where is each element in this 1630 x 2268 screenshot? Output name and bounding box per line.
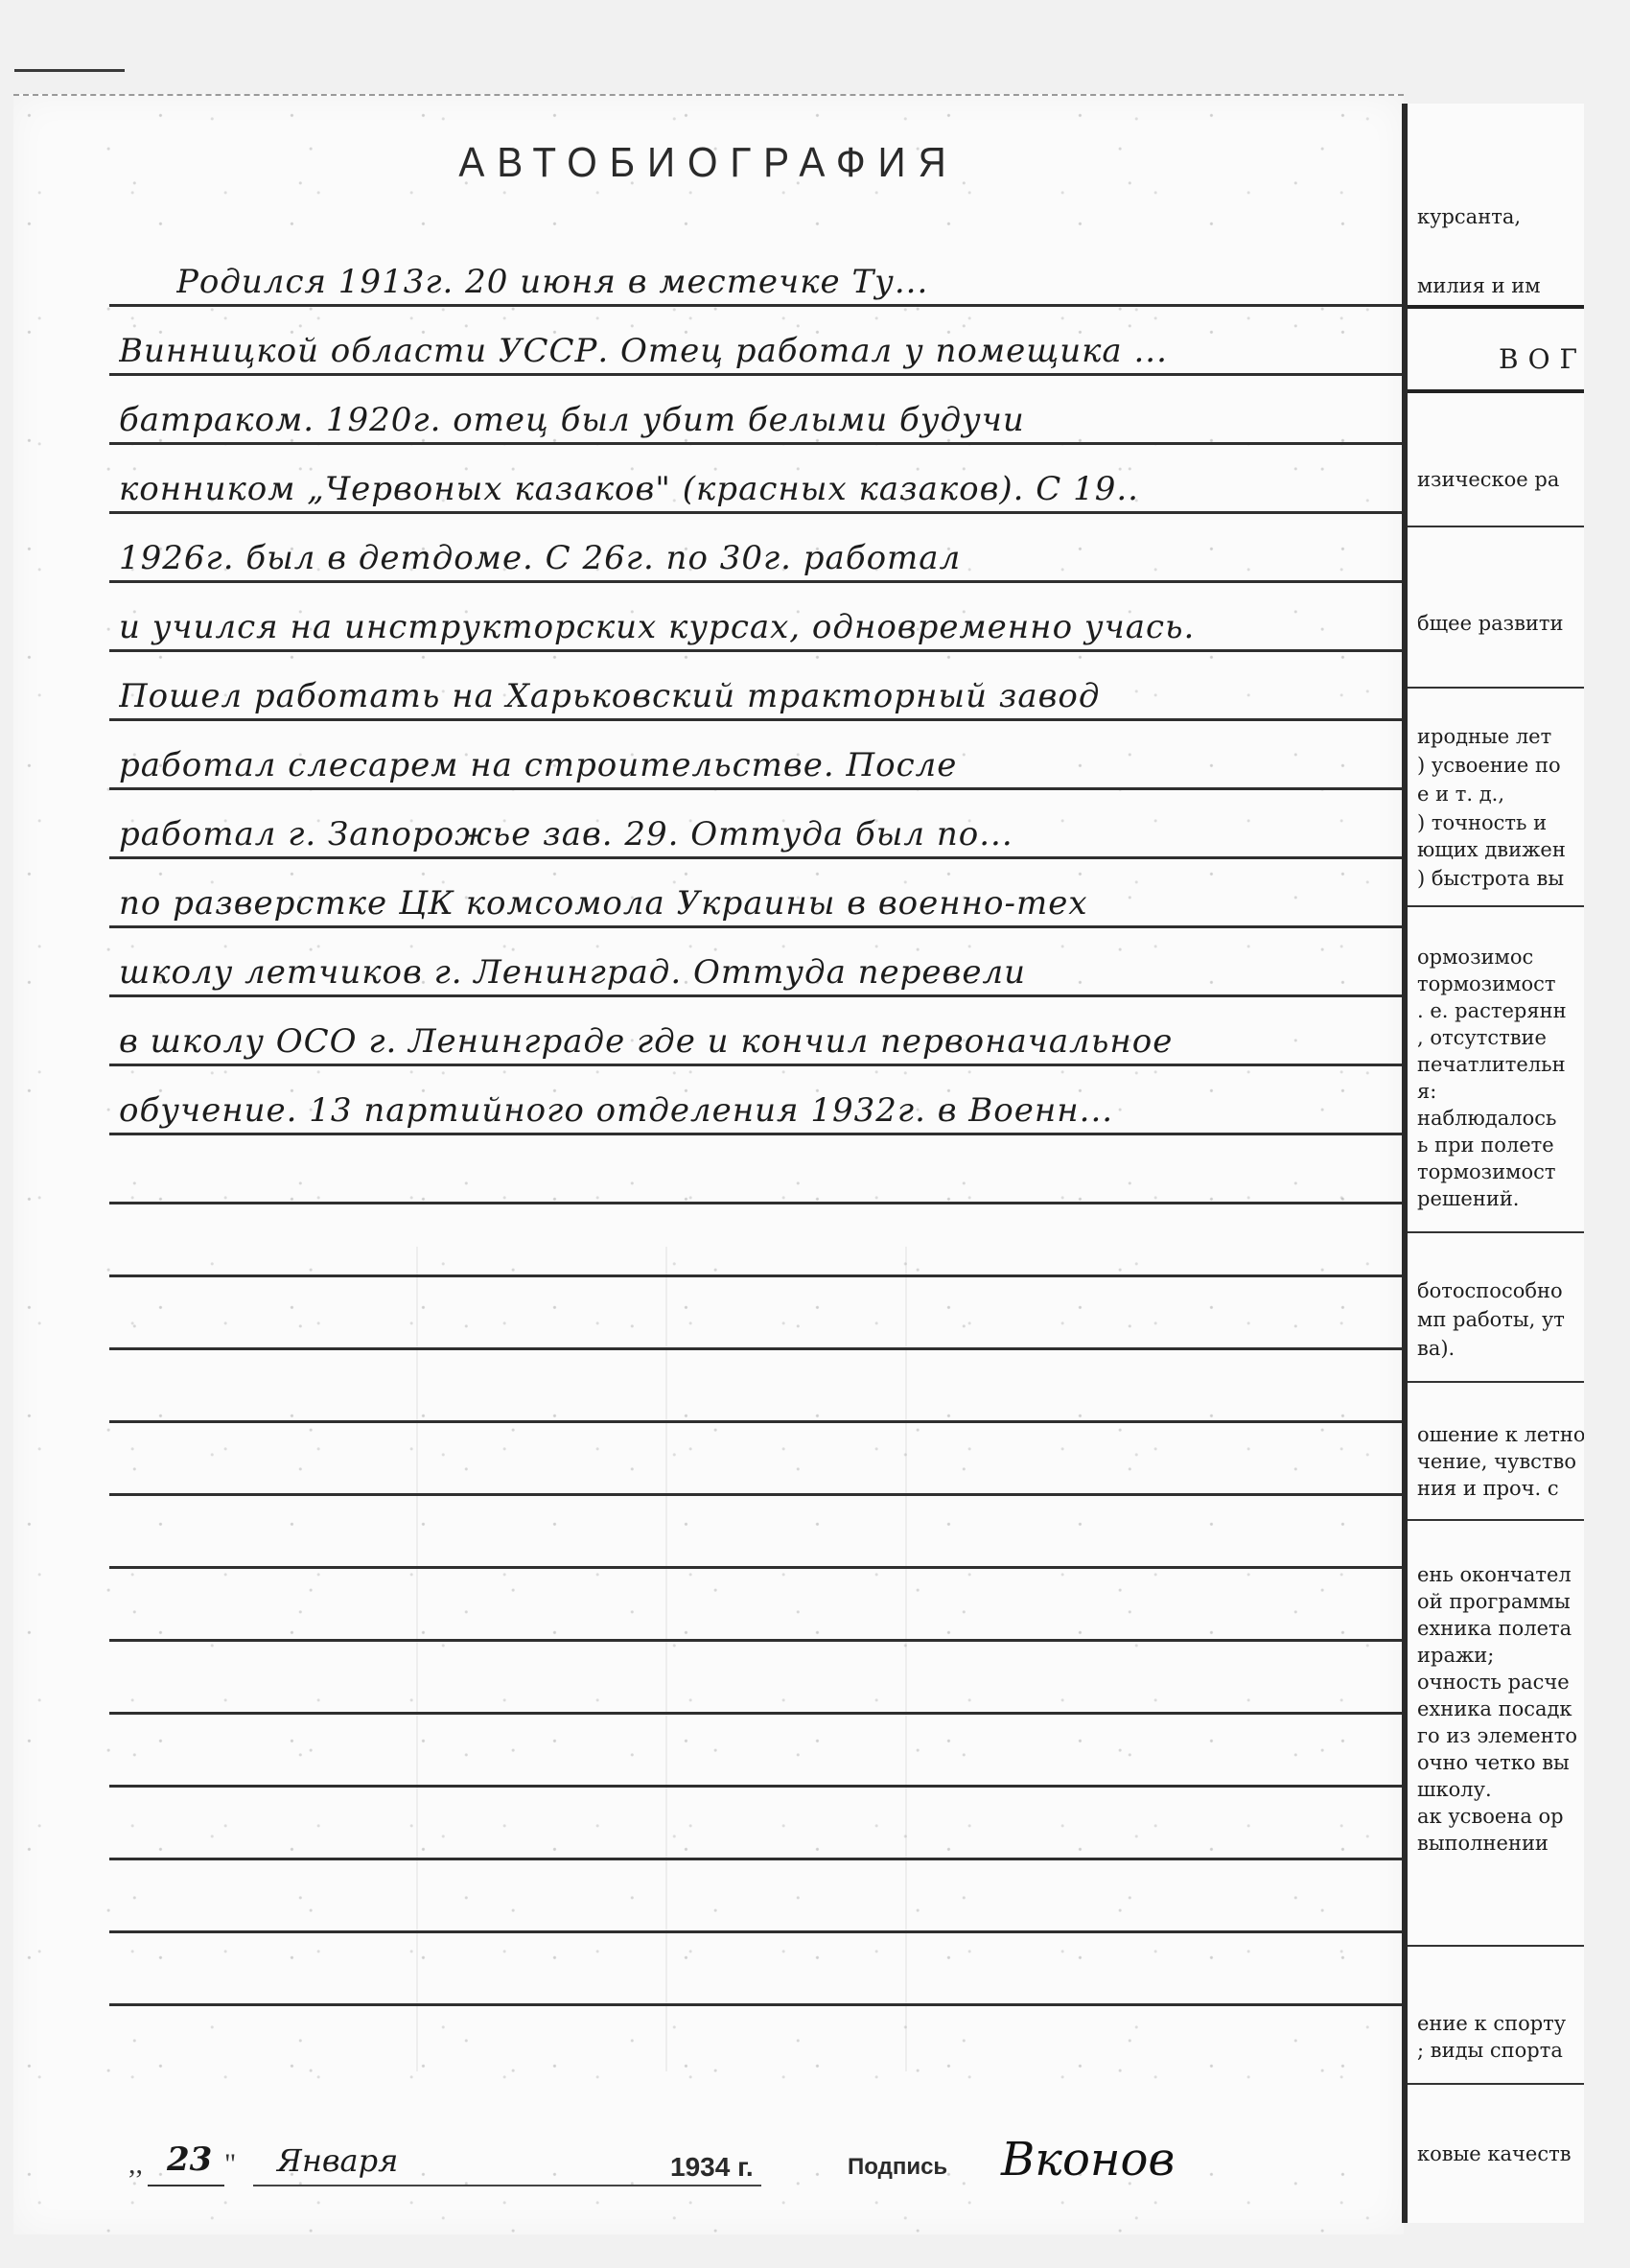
handwritten-text: обучение. 13 партийного отделения 1932г.… [119, 1091, 1404, 1130]
empty-ruled-line [109, 1939, 1413, 2006]
ruled-line [109, 373, 1413, 376]
ruled-line [109, 1420, 1413, 1423]
handwritten-line: по разверстке ЦК комсомола Украины в вое… [109, 861, 1413, 928]
form-printed-text: ормозимос [1417, 946, 1533, 969]
empty-ruled-line [109, 1866, 1413, 1933]
handwritten-line: и учился на инструкторских курсах, однов… [109, 585, 1413, 652]
form-printed-text: ь при полете [1417, 1134, 1554, 1157]
form-printed-text: ва). [1417, 1337, 1455, 1360]
ruled-line [109, 649, 1413, 652]
form-printed-text: школу. [1417, 1778, 1492, 1801]
form-printed-text: ение к спорту [1417, 2012, 1566, 2035]
day-underline [148, 2185, 224, 2186]
form-printed-text: решений. [1417, 1187, 1520, 1210]
ruled-line [109, 1493, 1413, 1496]
form-printed-text: ) быстрота вы [1417, 867, 1564, 890]
empty-ruled-line [109, 1283, 1413, 1350]
date-signature-row: ,, 23 " Января 1934 г. Подпись Вконов [109, 2110, 1404, 2196]
form-rule [1408, 526, 1590, 527]
form-printed-text: чение, чувство [1417, 1450, 1576, 1473]
handwritten-text: Пошел работать на Харьковский тракторный… [119, 677, 1404, 715]
empty-ruled-line [109, 1502, 1413, 1569]
form-section-header: ВОГ [1499, 343, 1587, 375]
handwritten-line: обучение. 13 партийного отделения 1932г.… [109, 1068, 1413, 1135]
empty-ruled-line [109, 1575, 1413, 1642]
form-printed-text: бщее развити [1417, 612, 1564, 635]
form-printed-text: ень окончател [1417, 1563, 1572, 1586]
ruled-line [109, 856, 1413, 859]
handwritten-line: Винницкой области УССР. Отец работал у п… [109, 309, 1413, 376]
form-printed-text: тормозимост [1417, 972, 1556, 995]
handwritten-text: по разверстке ЦК комсомола Украины в вое… [119, 884, 1404, 923]
ruled-line [109, 1930, 1413, 1933]
handwritten-text: Винницкой области УССР. Отец работал у п… [119, 332, 1404, 370]
handwritten-line: работал слесарем на строительстве. После [109, 723, 1413, 790]
form-printed-text: курсанта, [1417, 205, 1521, 228]
empty-ruled-line [109, 1648, 1413, 1715]
scanner-right-margin [1584, 0, 1630, 2268]
empty-ruled-line [109, 1720, 1413, 1788]
form-rule [1408, 687, 1590, 689]
ruled-line [109, 1639, 1413, 1642]
form-printed-text: ой программы [1417, 1590, 1571, 1613]
form-rule [1408, 1381, 1590, 1383]
ruled-line [109, 442, 1413, 445]
open-quote: ,, [128, 2148, 143, 2181]
form-printed-text: ошение к летно [1417, 1423, 1586, 1446]
overlapping-form-strip: курсанта,милия и имВОГизическое рабщее р… [1402, 104, 1590, 2223]
handwritten-line: школу летчиков г. Ленинград. Оттуда пере… [109, 930, 1413, 997]
form-printed-text: я: [1417, 1080, 1436, 1103]
form-printed-text: иродные лет [1417, 725, 1551, 748]
handwritten-text: 1926г. был в детдоме. С 26г. по 30г. раб… [119, 539, 1404, 577]
ruled-line [109, 925, 1413, 928]
ruled-line [109, 1566, 1413, 1569]
form-printed-text: ехника посадк [1417, 1697, 1572, 1720]
handwritten-line: батраком. 1920г. отец был убит белыми бу… [109, 378, 1413, 445]
form-printed-text: милия и им [1417, 274, 1541, 297]
empty-ruled-line [109, 1137, 1413, 1204]
ruled-line [109, 1133, 1413, 1135]
form-printed-text: . е. растерянн [1417, 999, 1567, 1022]
form-rule [1408, 1231, 1590, 1233]
form-printed-text: го из элементо [1417, 1724, 1577, 1747]
ruled-line [109, 1347, 1413, 1350]
empty-ruled-line [109, 1429, 1413, 1496]
date-day: 23 [167, 2140, 212, 2179]
ruled-line [109, 580, 1413, 583]
handwritten-line: работал г. Запорожье зав. 29. Оттуда был… [109, 792, 1413, 859]
autobiography-sheet: АВТОБИОГРАФИЯ Родился 1913г. 20 июня в м… [13, 94, 1404, 2234]
form-printed-text: ) точность и [1417, 811, 1547, 834]
page-title: АВТОБИОГРАФИЯ [69, 139, 1348, 187]
empty-ruled-line [109, 1210, 1413, 1277]
ruled-line [109, 511, 1413, 514]
ruled-line [109, 304, 1413, 307]
form-rule [1408, 1945, 1590, 1947]
form-printed-text: мп работы, ут [1417, 1308, 1565, 1331]
handwritten-text: и учился на инструкторских курсах, однов… [119, 608, 1404, 646]
handwritten-line: 1926г. был в детдоме. С 26г. по 30г. раб… [109, 516, 1413, 583]
ruled-line [109, 718, 1413, 721]
handwritten-text: работал слесарем на строительстве. После [119, 746, 1404, 784]
ruled-line [109, 1202, 1413, 1204]
form-rule [1408, 905, 1590, 907]
handwritten-text: работал г. Запорожье зав. 29. Оттуда был… [119, 815, 1404, 853]
month-underline [253, 2185, 761, 2186]
empty-ruled-line [109, 1356, 1413, 1423]
signature: Вконов [1001, 2133, 1175, 2186]
form-printed-text: иражи; [1417, 1644, 1494, 1667]
handwritten-text: конником „Червоных казаков" (красных каз… [119, 470, 1404, 508]
ruled-line [109, 787, 1413, 790]
form-printed-text: ) усвоение по [1417, 754, 1561, 777]
empty-ruled-line [109, 1793, 1413, 1860]
form-rule [1408, 389, 1590, 393]
date-year: 1934 г. [670, 2152, 754, 2183]
form-rule [1408, 2083, 1590, 2085]
ruled-line [109, 1712, 1413, 1715]
form-printed-text: очно четко вы [1417, 1751, 1570, 1774]
form-printed-text: ак усвоена ор [1417, 1805, 1564, 1828]
close-quote: " [224, 2148, 236, 2181]
form-printed-text: ющих движен [1417, 838, 1566, 861]
form-rule [1408, 1519, 1590, 1521]
form-printed-text: ехника полета [1417, 1617, 1572, 1640]
handwritten-text: школу летчиков г. Ленинград. Оттуда пере… [119, 953, 1404, 992]
handwritten-text: Родился 1913г. 20 июня в местечке Ту... [176, 263, 1404, 301]
form-printed-text: ботоспособно [1417, 1279, 1563, 1302]
handwritten-line: конником „Червоных казаков" (красных каз… [109, 447, 1413, 514]
ruled-line [109, 1274, 1413, 1277]
form-rule [1408, 305, 1590, 309]
form-printed-text: ; виды спорта [1417, 2039, 1563, 2062]
form-printed-text: е и т. д., [1417, 783, 1504, 806]
ruled-line [109, 1858, 1413, 1860]
form-printed-text: изическое ра [1417, 468, 1559, 491]
ruled-line [109, 994, 1413, 997]
form-printed-text: очность расче [1417, 1671, 1570, 1694]
handwritten-text: батраком. 1920г. отец был убит белыми бу… [119, 401, 1404, 439]
form-printed-text: ковые качеств [1417, 2142, 1572, 2165]
ruled-line [109, 1785, 1413, 1788]
handwritten-line: Пошел работать на Харьковский тракторный… [109, 654, 1413, 721]
signature-label: Подпись [848, 2154, 947, 2181]
stray-rule-mark [14, 69, 125, 72]
date-month: Января [277, 2142, 398, 2179]
form-printed-text: ния и проч. с [1417, 1477, 1559, 1500]
handwritten-line: в школу ОСО г. Ленинграде где и кончил п… [109, 999, 1413, 1066]
form-printed-text: , отсутствие [1417, 1026, 1547, 1049]
ruled-line [109, 2003, 1413, 2006]
form-printed-text: тормозимост [1417, 1160, 1556, 1183]
form-printed-text: выполнении [1417, 1832, 1548, 1855]
form-printed-text: наблюдалось [1417, 1107, 1556, 1130]
form-printed-text: печатлительн [1417, 1053, 1566, 1076]
handwritten-text: в школу ОСО г. Ленинграде где и кончил п… [119, 1022, 1404, 1061]
ruled-line [109, 1064, 1413, 1066]
handwritten-line: Родился 1913г. 20 июня в местечке Ту... [109, 240, 1413, 307]
